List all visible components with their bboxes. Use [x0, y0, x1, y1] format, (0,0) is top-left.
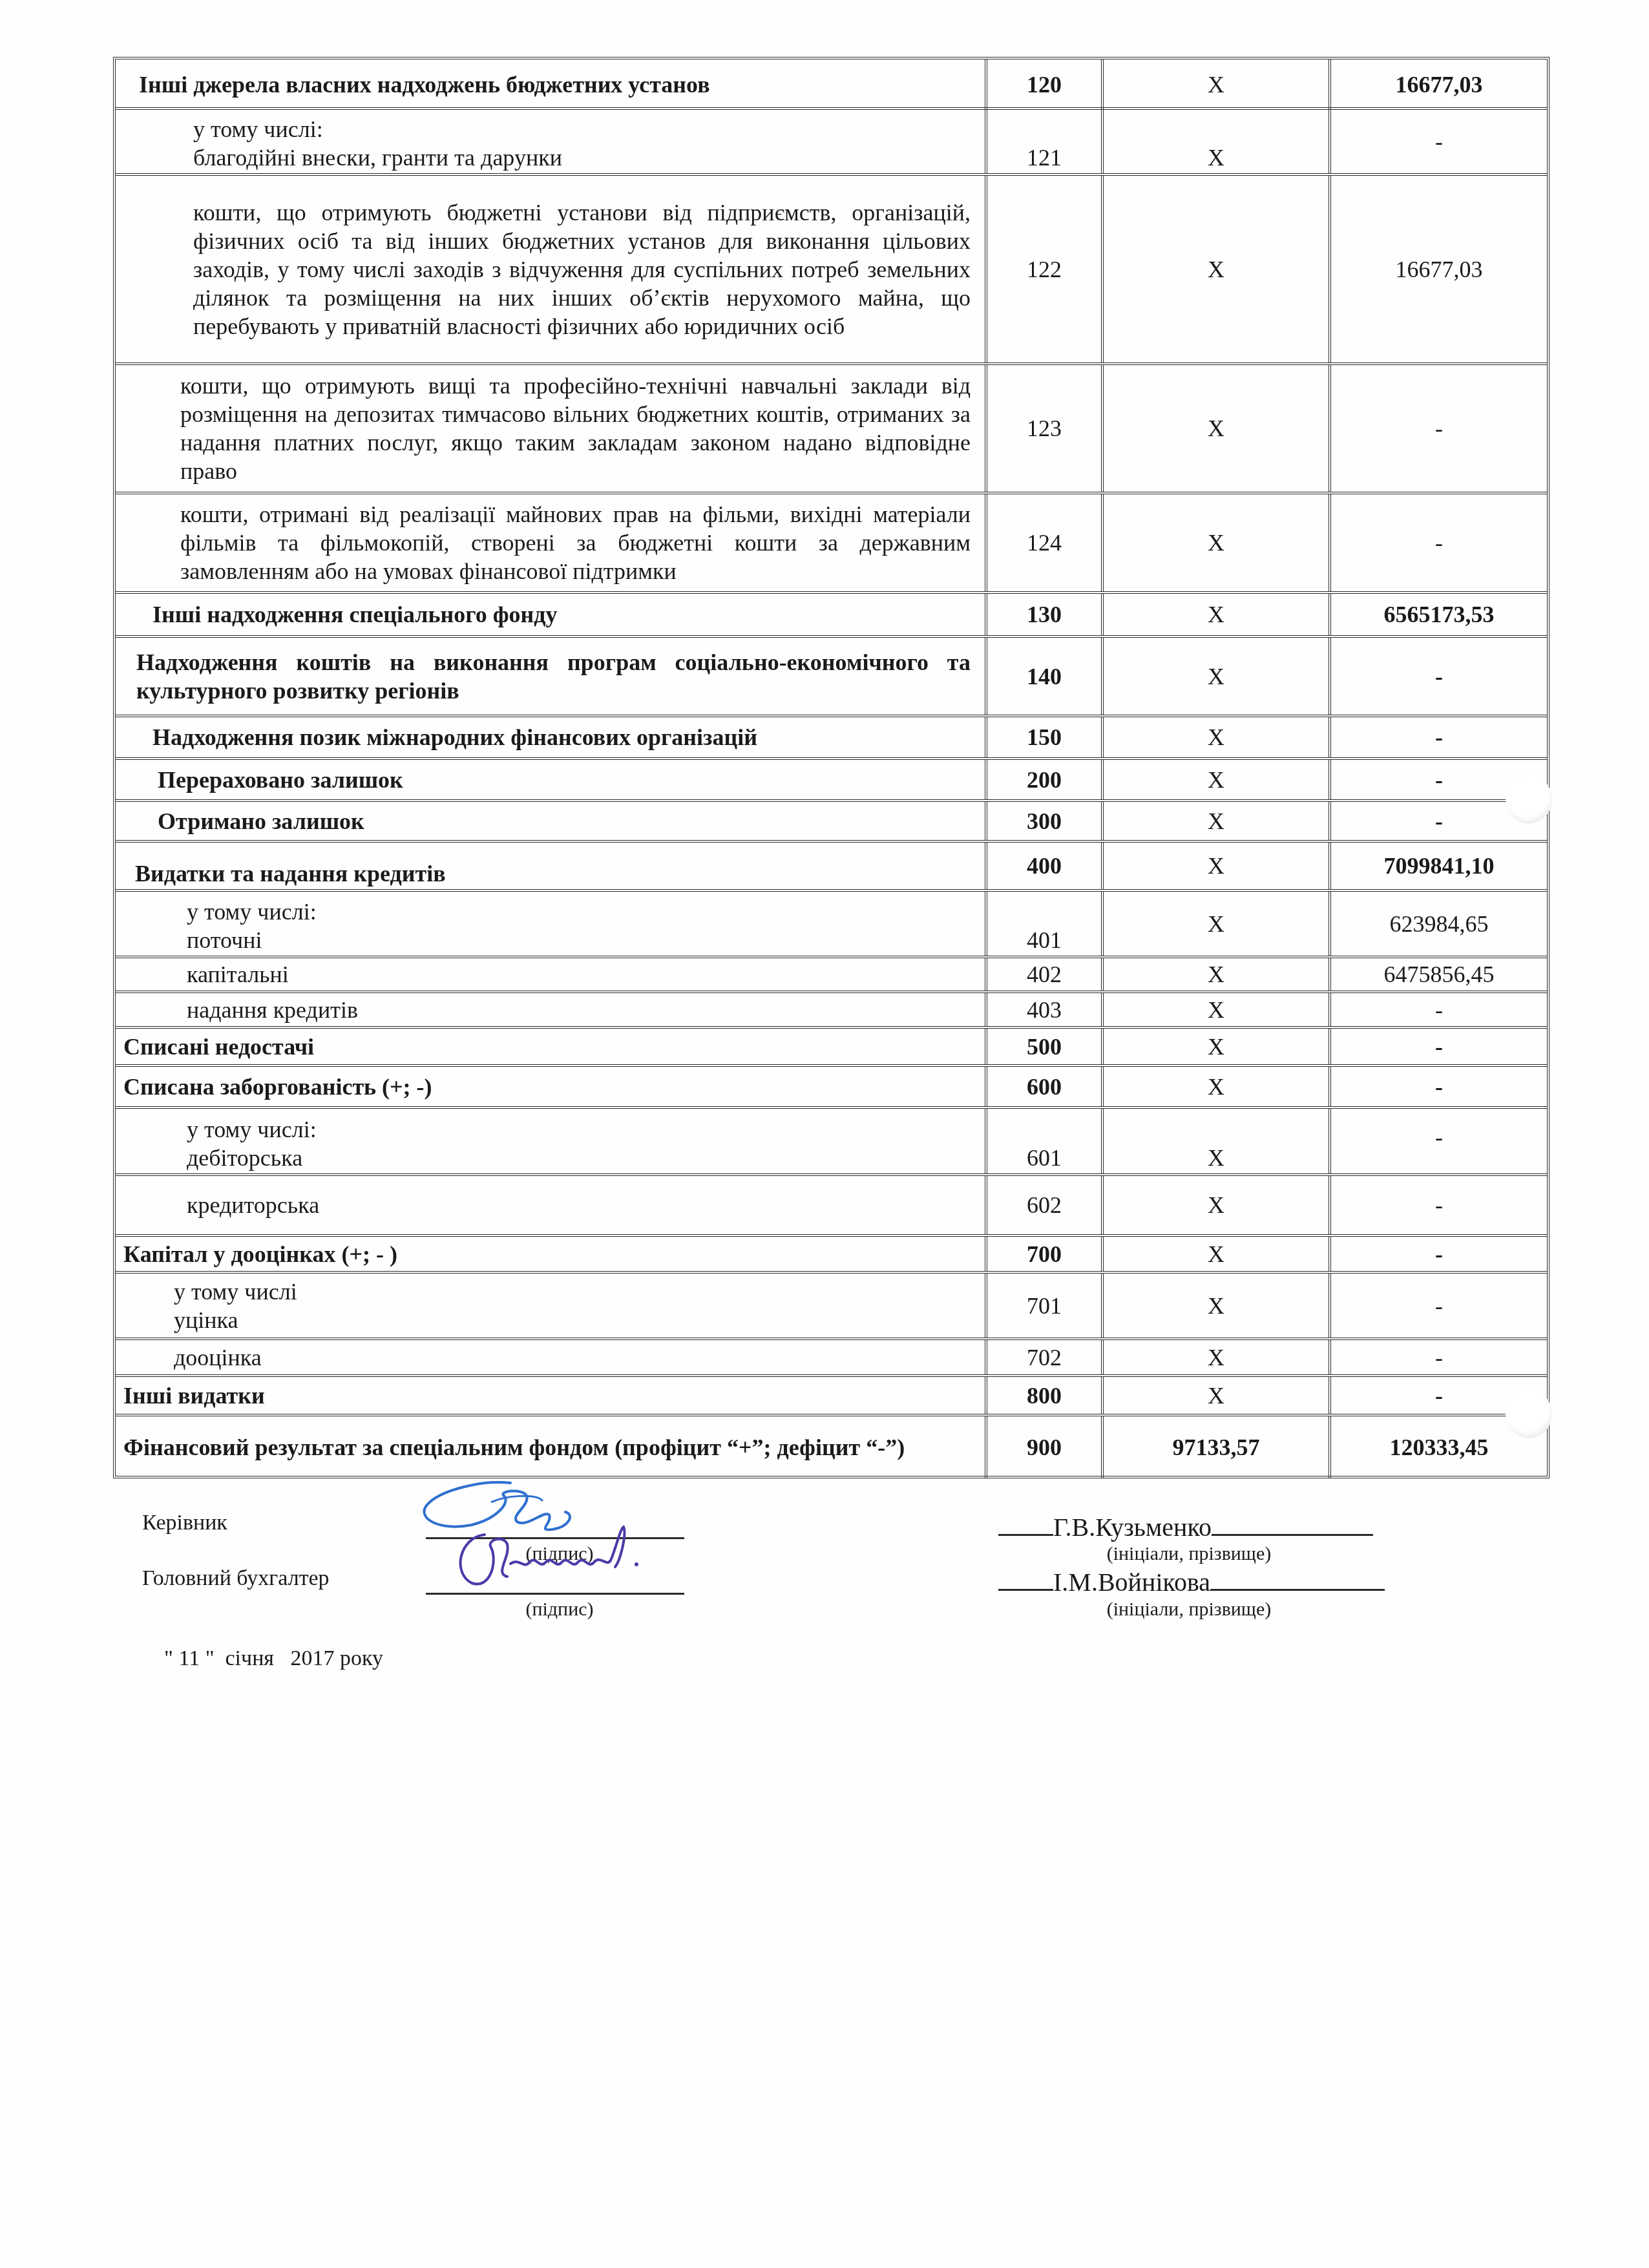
row-label: Списана заборгованість (+; -) [116, 1073, 985, 1101]
accountant-handwritten-signature [446, 1522, 666, 1593]
row-code-cell: 150 [985, 717, 1101, 757]
row-code-cell: 400 [985, 843, 1101, 889]
row-label-cell: Інші надходження спеціального фонду [116, 594, 985, 635]
row-current-period-cell: 623984,65 [1329, 892, 1547, 956]
row-prev-period-value: Х [1208, 807, 1224, 835]
special-fund-table: Інші джерела власних надходжень бюджетни… [113, 57, 1549, 1478]
row-current-period-value: 623984,65 [1390, 910, 1489, 938]
date-day-quote-close: " [200, 1646, 225, 1670]
accountant-role-label: Головний бухгалтер [142, 1566, 330, 1591]
row-prev-period-value: Х [1208, 960, 1224, 989]
row-prev-period-cell: Х [1101, 59, 1329, 110]
row-code-cell: 140 [985, 638, 1101, 715]
row-code-cell: 120 [985, 59, 1101, 110]
row-label-cell: капітальні [116, 958, 985, 991]
table-row-500: Списані недостачі500Х- [116, 1026, 1547, 1064]
row-current-period-cell: - [1329, 717, 1547, 757]
row-current-period-cell: 7099841,10 [1329, 843, 1547, 889]
row-prev-period-value: Х [1208, 600, 1224, 629]
row-code: 602 [1027, 1191, 1062, 1219]
row-prev-period-cell: Х [1101, 1067, 1329, 1106]
row-current-period-value: - [1435, 127, 1443, 156]
table-row-701: у тому числіуцінка701Х- [116, 1271, 1547, 1338]
row-code: 600 [1027, 1073, 1062, 1101]
row-current-period-value: - [1435, 1240, 1443, 1268]
row-code-cell: 602 [985, 1176, 1101, 1234]
row-current-period-cell: 16677,03 [1329, 59, 1547, 110]
row-label: Перераховано залишок [116, 766, 985, 794]
table-row-403: надання кредитів403Х- [116, 991, 1547, 1026]
row-label-cell: Інші джерела власних надходжень бюджетни… [116, 59, 985, 110]
row-code-cell: 701 [985, 1274, 1101, 1338]
row-prev-period-cell: Х [1101, 1109, 1329, 1173]
row-label-cell: кредиторська [116, 1176, 985, 1234]
row-prev-period-cell: Х [1101, 802, 1329, 840]
row-current-period-cell: - [1329, 1274, 1547, 1338]
row-code: 121 [1027, 143, 1062, 172]
row-label-cell: Надходження коштів на виконання програм … [116, 638, 985, 715]
row-label: Надходження коштів на виконання програм … [116, 648, 985, 705]
row-label-cell: дооцінка [116, 1340, 985, 1374]
row-label: Інші видатки [116, 1381, 985, 1410]
row-label: Надходження позик міжнародних фінансових… [116, 723, 985, 751]
date-space [274, 1646, 291, 1670]
row-code: 130 [1027, 600, 1062, 629]
row-current-period-cell: - [1329, 365, 1547, 492]
table-row-120: Інші джерела власних надходжень бюджетни… [116, 59, 1547, 110]
row-code-cell: 700 [985, 1237, 1101, 1271]
row-label-cell: у тому числіуцінка [116, 1274, 985, 1338]
row-prev-period-value: Х [1208, 414, 1224, 443]
row-current-period-value: - [1435, 1381, 1443, 1410]
row-label-cell: у тому числі:дебіторська [116, 1109, 985, 1173]
row-code: 140 [1027, 662, 1062, 691]
row-code: 123 [1027, 414, 1062, 443]
row-prev-period-value: Х [1208, 1191, 1224, 1219]
row-current-period-cell: 6475856,45 [1329, 958, 1547, 991]
row-prev-period-value: Х [1208, 852, 1224, 880]
row-code-cell: 500 [985, 1029, 1101, 1064]
row-current-period-cell: - [1329, 494, 1547, 591]
row-prev-period-cell: Х [1101, 1176, 1329, 1234]
row-prev-period-cell: Х [1101, 1340, 1329, 1374]
row-label-cell: Отримано залишок [116, 802, 985, 840]
row-code: 900 [1027, 1433, 1062, 1462]
row-current-period-value: 6475856,45 [1384, 960, 1495, 989]
row-code: 601 [1027, 1144, 1062, 1172]
row-current-period-value: 16677,03 [1396, 255, 1483, 284]
row-label: капітальні [116, 960, 985, 989]
row-code: 120 [1027, 70, 1062, 99]
row-code-cell: 122 [985, 176, 1101, 362]
table-row-150: Надходження позик міжнародних фінансових… [116, 715, 1547, 757]
row-label-cell: Капітал у дооцінках (+; - ) [116, 1237, 985, 1271]
table-row-124: кошти, отримані від реалізації майнових … [116, 492, 1547, 591]
row-current-period-value: - [1435, 1123, 1443, 1151]
row-prev-period-cell: Х [1101, 594, 1329, 635]
row-prev-period-value: Х [1208, 529, 1224, 557]
row-code-cell: 401 [985, 892, 1101, 956]
row-label-cell: у тому числі:поточні [116, 892, 985, 956]
row-code-cell: 800 [985, 1377, 1101, 1414]
row-current-period-value: - [1435, 1033, 1443, 1061]
row-prev-period-value: Х [1208, 255, 1224, 284]
row-code: 400 [1027, 852, 1062, 880]
row-label-line: уцінка [174, 1306, 971, 1334]
accountant-name-line: І.М.Войнікова [998, 1567, 1385, 1597]
row-current-period-cell: - [1329, 1237, 1547, 1271]
director-name-line: Г.В.Кузьменко [998, 1512, 1373, 1542]
table-row-123: кошти, що отримують вищі та професійно-т… [116, 362, 1547, 492]
row-prev-period-cell: Х [1101, 365, 1329, 492]
row-prev-period-cell: 97133,57 [1101, 1416, 1329, 1478]
row-prev-period-cell: Х [1101, 110, 1329, 173]
row-label-cell: кошти, що отримують бюджетні установи ві… [116, 176, 985, 362]
row-code-cell: 300 [985, 802, 1101, 840]
date-space [335, 1646, 341, 1670]
row-prev-period-cell: Х [1101, 1274, 1329, 1338]
row-current-period-value: - [1435, 414, 1443, 443]
row-current-period-value: - [1435, 807, 1443, 835]
row-current-period-value: - [1435, 1191, 1443, 1219]
row-label-cell: Інші видатки [116, 1377, 985, 1414]
table-row-300: Отримано залишок300Х- [116, 799, 1547, 840]
table-row-700: Капітал у дооцінках (+; - )700Х- [116, 1234, 1547, 1271]
row-current-period-value: 6565173,53 [1384, 600, 1495, 629]
row-code: 702 [1027, 1343, 1062, 1372]
date-year: 2017 [291, 1646, 335, 1670]
row-current-period-cell: - [1329, 1029, 1547, 1064]
row-prev-period-cell: Х [1101, 494, 1329, 591]
row-code: 401 [1027, 926, 1062, 954]
table-row-800: Інші видатки800Х- [116, 1374, 1547, 1414]
row-code: 403 [1027, 996, 1062, 1024]
row-label-cell: кошти, отримані від реалізації майнових … [116, 494, 985, 591]
row-current-period-cell: - [1329, 1067, 1547, 1106]
row-label: Списані недостачі [116, 1033, 985, 1061]
director-name: Г.В.Кузьменко [1053, 1513, 1212, 1542]
table-row-121: у тому числі:благодійні внески, гранти т… [116, 107, 1547, 173]
row-label: надання кредитів [116, 996, 985, 1024]
name-underline-left [998, 1589, 1053, 1591]
table-row-402: капітальні402Х6475856,45 [116, 956, 1547, 991]
row-code: 500 [1027, 1033, 1062, 1061]
table-row-122: кошти, що отримують бюджетні установи ві… [116, 173, 1547, 362]
row-code: 200 [1027, 766, 1062, 794]
row-current-period-cell: 6565173,53 [1329, 594, 1547, 635]
row-prev-period-value: Х [1208, 996, 1224, 1024]
row-current-period-value: 16677,03 [1396, 70, 1483, 99]
date-day: 11 [178, 1646, 200, 1670]
row-current-period-value: - [1435, 1292, 1443, 1320]
row-prev-period-cell: Х [1101, 176, 1329, 362]
accountant-signature-line [426, 1593, 684, 1595]
row-code-cell: 702 [985, 1340, 1101, 1374]
row-label-line: у тому числі: [187, 898, 971, 926]
name-underline-right [1210, 1589, 1385, 1591]
row-code: 800 [1027, 1381, 1062, 1410]
row-label-line: дебіторська [187, 1144, 971, 1172]
row-label: кошти, що отримують бюджетні установи ві… [116, 198, 985, 341]
row-label: кошти, що отримують вищі та професійно-т… [116, 372, 985, 485]
row-prev-period-value: Х [1208, 662, 1224, 691]
row-label: Видатки та надання кредитів [116, 859, 985, 888]
table-row-602: кредиторська602Х- [116, 1173, 1547, 1234]
row-label: у тому числі:благодійні внески, гранти т… [116, 115, 985, 172]
row-code-cell: 130 [985, 594, 1101, 635]
date-day-quote-open: " [164, 1646, 178, 1670]
row-code-cell: 403 [985, 993, 1101, 1026]
table-row-401: у тому числі:поточні401Х623984,65 [116, 889, 1547, 956]
row-label: дооцінка [116, 1343, 985, 1372]
row-prev-period-cell: Х [1101, 1029, 1329, 1064]
row-code: 122 [1027, 255, 1062, 284]
row-prev-period-value: Х [1208, 1033, 1224, 1061]
row-label-line: у тому числі [174, 1277, 971, 1306]
row-label: Інші надходження спеціального фонду [116, 600, 985, 629]
row-prev-period-value: Х [1208, 1144, 1224, 1172]
row-label: Капітал у дооцінках (+; - ) [116, 1240, 985, 1268]
row-prev-period-cell: Х [1101, 1377, 1329, 1414]
punch-hole-mark [1506, 1389, 1552, 1438]
table-row-140: Надходження коштів на виконання програм … [116, 635, 1547, 715]
row-label-line: благодійні внески, гранти та дарунки [193, 143, 971, 172]
row-prev-period-value: Х [1208, 1240, 1224, 1268]
row-code: 124 [1027, 529, 1062, 557]
punch-hole-mark [1506, 775, 1552, 824]
row-code-cell: 124 [985, 494, 1101, 591]
row-current-period-value: - [1435, 766, 1443, 794]
row-code-cell: 900 [985, 1416, 1101, 1478]
row-prev-period-cell: Х [1101, 892, 1329, 956]
row-label-cell: Надходження позик міжнародних фінансових… [116, 717, 985, 757]
accountant-name: І.М.Войнікова [1053, 1568, 1210, 1597]
row-current-period-value: 7099841,10 [1384, 852, 1495, 880]
table-row-200: Перераховано залишок200Х- [116, 757, 1547, 799]
row-prev-period-value: 97133,57 [1173, 1433, 1260, 1462]
row-label: у тому числі:поточні [116, 898, 985, 954]
row-label-cell: надання кредитів [116, 993, 985, 1026]
row-prev-period-cell: Х [1101, 717, 1329, 757]
table-row-601: у тому числі:дебіторська601Х- [116, 1106, 1547, 1173]
row-code: 701 [1027, 1292, 1062, 1320]
row-label: Отримано залишок [116, 807, 985, 835]
row-prev-period-value: Х [1208, 1343, 1224, 1372]
row-prev-period-value: Х [1208, 143, 1224, 172]
row-current-period-value: - [1435, 529, 1443, 557]
date-month: січня [226, 1646, 274, 1670]
row-label-cell: Списані недостачі [116, 1029, 985, 1064]
row-current-period-cell: - [1329, 110, 1547, 173]
date-suffix: року [340, 1646, 383, 1670]
row-code-cell: 601 [985, 1109, 1101, 1173]
row-prev-period-cell: Х [1101, 638, 1329, 715]
row-label-line: у тому числі: [187, 1115, 971, 1144]
row-code-cell: 121 [985, 110, 1101, 173]
document-page: Інші джерела власних надходжень бюджетни… [0, 0, 1649, 2268]
row-prev-period-value: Х [1208, 1292, 1224, 1320]
name-underline-right [1212, 1534, 1373, 1536]
row-prev-period-value: Х [1208, 910, 1224, 938]
row-current-period-cell: - [1329, 1176, 1547, 1234]
row-prev-period-cell: Х [1101, 1237, 1329, 1271]
table-row-900: Фінансовий результат за спеціальним фонд… [116, 1414, 1547, 1478]
row-code-cell: 123 [985, 365, 1101, 492]
row-code: 402 [1027, 960, 1062, 989]
row-label: кошти, отримані від реалізації майнових … [116, 500, 985, 585]
row-label-cell: у тому числі:благодійні внески, гранти т… [116, 110, 985, 173]
row-label: у тому числі:дебіторська [116, 1115, 985, 1172]
row-current-period-value: - [1435, 996, 1443, 1024]
row-label-line: поточні [187, 926, 971, 954]
row-code: 700 [1027, 1240, 1062, 1268]
name-underline-left [998, 1534, 1053, 1536]
row-prev-period-cell: Х [1101, 843, 1329, 889]
director-name-caption: (ініціали, прізвище) [1086, 1543, 1292, 1565]
row-code: 300 [1027, 807, 1062, 835]
row-label: кредиторська [116, 1191, 985, 1219]
row-prev-period-cell: Х [1101, 993, 1329, 1026]
accountant-signature-caption: (підпис) [495, 1599, 624, 1621]
row-code-cell: 600 [985, 1067, 1101, 1106]
row-code-cell: 402 [985, 958, 1101, 991]
row-prev-period-value: Х [1208, 766, 1224, 794]
row-current-period-value: - [1435, 723, 1443, 751]
report-date: " 11 " січня 2017 року [142, 1622, 383, 1696]
row-label: у тому числіуцінка [116, 1277, 985, 1334]
row-label: Інші джерела власних надходжень бюджетни… [116, 70, 985, 99]
table-row-400: Видатки та надання кредитів400Х7099841,1… [116, 840, 1547, 889]
row-prev-period-cell: Х [1101, 958, 1329, 991]
row-code-cell: 200 [985, 760, 1101, 799]
row-code: 150 [1027, 723, 1062, 751]
row-prev-period-cell: Х [1101, 760, 1329, 799]
row-label-line: у тому числі: [193, 115, 971, 143]
row-label-cell: Фінансовий результат за спеціальним фонд… [116, 1416, 985, 1478]
row-current-period-cell: 16677,03 [1329, 176, 1547, 362]
row-current-period-cell: - [1329, 993, 1547, 1026]
row-current-period-cell: - [1329, 1340, 1547, 1374]
row-current-period-value: - [1435, 1073, 1443, 1101]
row-prev-period-value: Х [1208, 70, 1224, 99]
row-label: Фінансовий результат за спеціальним фонд… [116, 1433, 985, 1462]
row-current-period-value: - [1435, 662, 1443, 691]
table-row-130: Інші надходження спеціального фонду130Х6… [116, 591, 1547, 635]
row-current-period-value: 120333,45 [1390, 1433, 1489, 1462]
row-prev-period-value: Х [1208, 1381, 1224, 1410]
accountant-name-caption: (ініціали, прізвище) [1086, 1599, 1292, 1621]
row-label-cell: Списана заборгованість (+; -) [116, 1067, 985, 1106]
row-current-period-cell: - [1329, 638, 1547, 715]
row-current-period-cell: - [1329, 1109, 1547, 1173]
table-row-600: Списана заборгованість (+; -)600Х- [116, 1064, 1547, 1106]
table-row-702: дооцінка702Х- [116, 1338, 1547, 1374]
row-current-period-value: - [1435, 1343, 1443, 1372]
row-label-cell: Видатки та надання кредитів [116, 843, 985, 889]
row-prev-period-value: Х [1208, 723, 1224, 751]
director-role-label: Керівник [142, 1511, 227, 1535]
row-label-cell: кошти, що отримують вищі та професійно-т… [116, 365, 985, 492]
row-label-cell: Перераховано залишок [116, 760, 985, 799]
row-prev-period-value: Х [1208, 1073, 1224, 1101]
